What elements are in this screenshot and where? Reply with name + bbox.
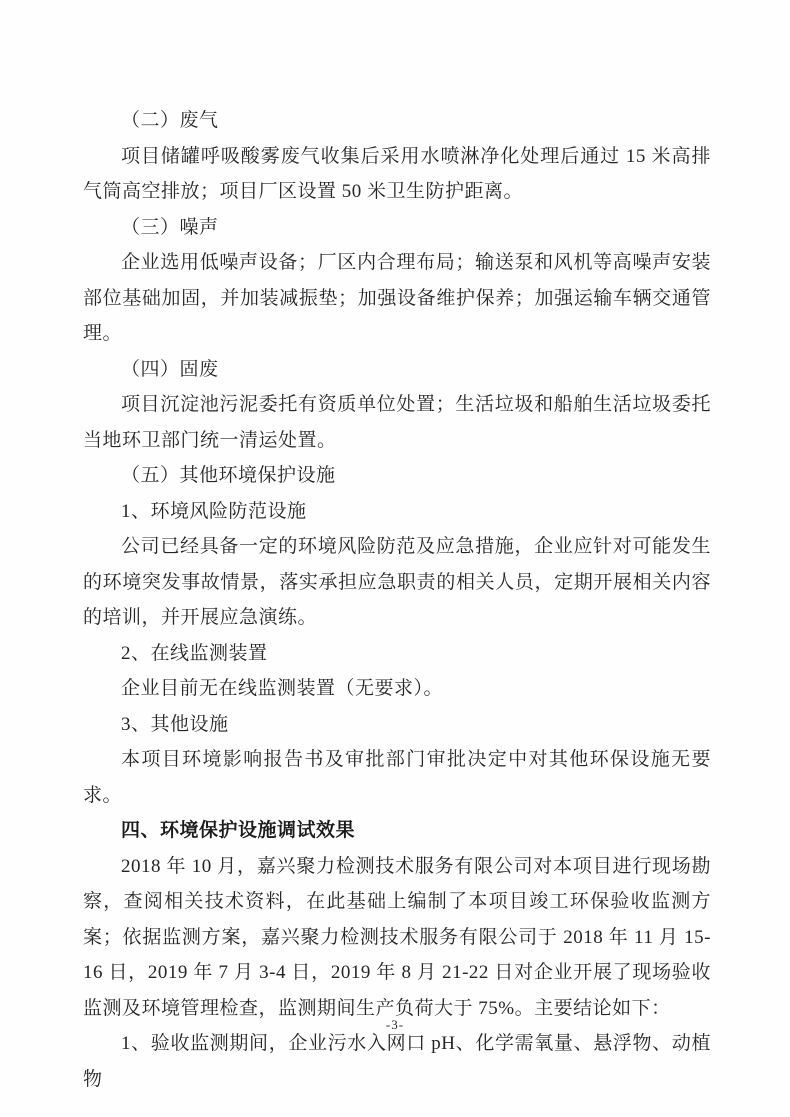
document-body: （二）废气项目储罐呼吸酸雾废气收集后采用水喷淋净化处理后通过 15 米高排气筒高… [83,103,711,1097]
body-paragraph: 项目沉淀池污泥委托有资质单位处置；生活垃圾和船舶生活垃圾委托当地环卫部门统一清运… [83,387,711,458]
body-paragraph: 公司已经具备一定的环境风险防范及应急措施，企业应针对可能发生的环境突发事故情景，… [83,529,711,636]
page-number: -3- [0,1017,790,1033]
section-subheading: （二）废气 [83,103,711,139]
body-paragraph: 企业目前无在线监测装置（无要求）。 [83,671,711,707]
section-subheading: 2、在线监测装置 [83,636,711,672]
section-subheading: （四）固废 [83,352,711,388]
section-subheading: 1、环境风险防范设施 [83,494,711,530]
body-paragraph: 1、验收监测期间，企业污水入网口 pH、化学需氧量、悬浮物、动植物 [83,1026,711,1097]
section-subheading: （三）噪声 [83,210,711,246]
body-paragraph: 企业选用低噪声设备；厂区内合理布局；输送泵和风机等高噪声安装部位基础加固，并加装… [83,245,711,352]
section-subheading: （五）其他环境保护设施 [83,458,711,494]
body-paragraph: 2018 年 10 月，嘉兴聚力检测技术服务有限公司对本项目进行现场勘察，查阅相… [83,849,711,1027]
document-page: （二）废气项目储罐呼吸酸雾废气收集后采用水喷淋净化处理后通过 15 米高排气筒高… [0,0,790,1117]
body-paragraph: 项目储罐呼吸酸雾废气收集后采用水喷淋净化处理后通过 15 米高排气筒高空排放；项… [83,139,711,210]
section-heading: 四、环境保护设施调试效果 [83,813,711,849]
body-paragraph: 本项目环境影响报告书及审批部门审批决定中对其他环保设施无要求。 [83,742,711,813]
section-subheading: 3、其他设施 [83,707,711,743]
